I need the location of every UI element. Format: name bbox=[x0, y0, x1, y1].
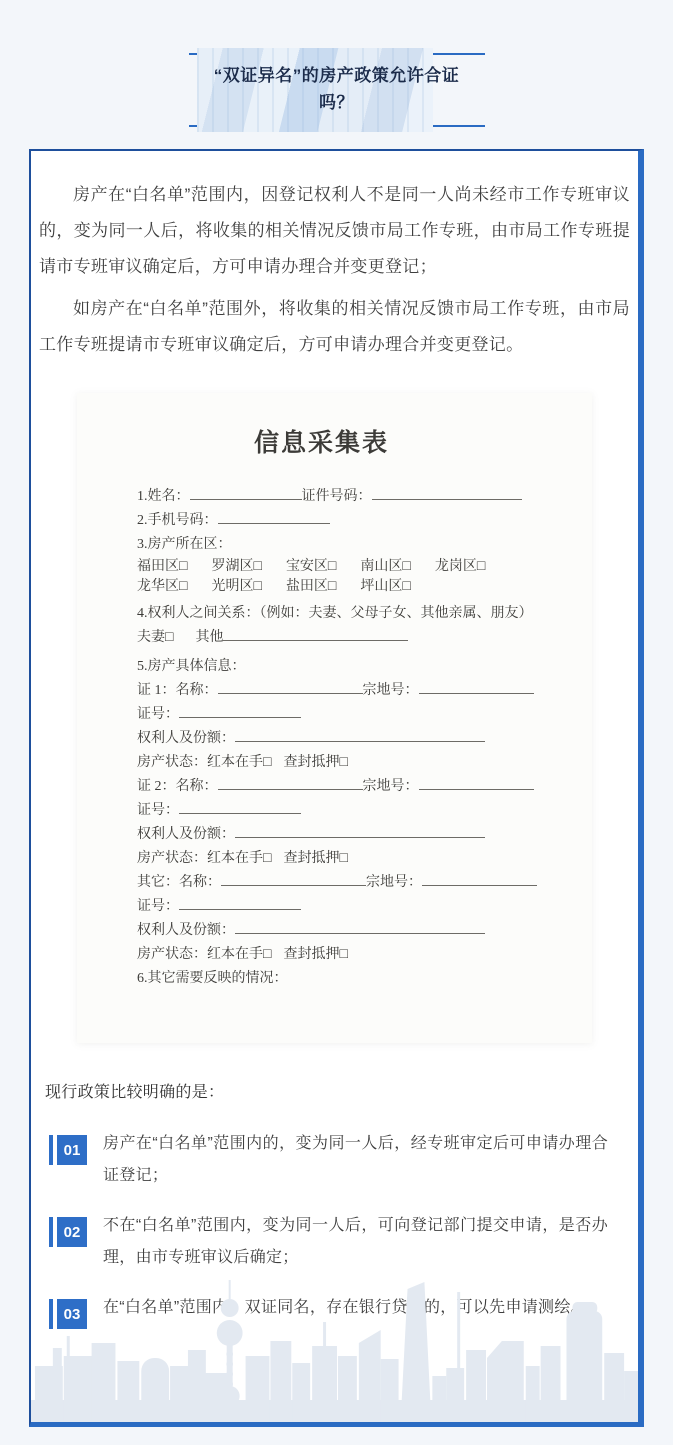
badge-bar bbox=[49, 1217, 53, 1247]
form-district-options-row1: 福田区□ 罗湖区□ 宝安区□ 南山区□ 龙岗区□ bbox=[137, 557, 546, 577]
certno-blank bbox=[179, 896, 301, 910]
article-paragraph-1: 房产在“白名单”范围内，因登记权利人不是同一人尚未经市工作专班审议的，变为同一人… bbox=[39, 177, 630, 285]
form-cert2-row-certno: 证号： bbox=[137, 799, 546, 823]
form-row-detail-label: 5.房产具体信息： bbox=[137, 655, 546, 679]
form-other-option: 其他 bbox=[195, 630, 223, 645]
cert-name-label: 名称： bbox=[176, 683, 218, 698]
holder-label: 权利人及份额： bbox=[137, 827, 235, 842]
parcel-blank bbox=[422, 872, 537, 886]
cert-name-blank bbox=[221, 872, 366, 886]
form-cert2-row-status: 房产状态：红本在手□查封抵押□ bbox=[137, 847, 546, 871]
policy-badge-1: 01 bbox=[49, 1135, 87, 1165]
district-option: 宝安区□ bbox=[286, 557, 336, 577]
form-cert2-row-holder: 权利人及份额： bbox=[137, 823, 546, 847]
certno-label: 证号： bbox=[137, 803, 179, 818]
form-cert2-row-title: 证 2：名称：宗地号： bbox=[137, 775, 546, 799]
holder-blank bbox=[235, 728, 485, 742]
parcel-blank bbox=[419, 680, 534, 694]
form-name-label: 1.姓名： bbox=[137, 489, 190, 504]
certno-label: 证号： bbox=[137, 707, 179, 722]
holder-label: 权利人及份额： bbox=[137, 923, 235, 938]
form-district-options-row2: 龙华区□ 光明区□ 盐田区□ 坪山区□ bbox=[137, 577, 546, 597]
holder-blank bbox=[235, 824, 485, 838]
form-id-label: 证件号码： bbox=[302, 489, 372, 504]
certno-blank bbox=[179, 800, 301, 814]
policy-item-2: 02 不在“白名单”范围内，变为同一人后，可向登记部门提交申请，是否办理，由市专… bbox=[49, 1210, 630, 1274]
article-title-banner: “双证异名”的房产政策允许合证 吗？ bbox=[189, 53, 485, 127]
certno-label: 证号： bbox=[137, 899, 179, 914]
status-red-option: 红本在手□ bbox=[207, 851, 271, 866]
district-option: 龙岗区□ bbox=[435, 557, 485, 577]
form-title: 信息采集表 bbox=[137, 423, 506, 459]
district-option: 罗湖区□ bbox=[211, 557, 261, 577]
form-cert3-row-status: 房产状态：红本在手□查封抵押□ bbox=[137, 943, 546, 967]
form-district-label: 3.房产所在区： bbox=[137, 537, 232, 552]
district-option: 南山区□ bbox=[360, 557, 410, 577]
parcel-label: 宗地号： bbox=[363, 779, 419, 794]
badge-number: 02 bbox=[57, 1217, 87, 1247]
form-row-relation: 4.权利人之间关系：（例如：夫妻、父母子女、其他亲属、朋友） bbox=[137, 602, 546, 626]
form-cert1-row-certno: 证号： bbox=[137, 703, 546, 727]
form-detail-label: 5.房产具体信息： bbox=[137, 659, 246, 674]
form-other-blank bbox=[223, 627, 408, 641]
form-name-blank bbox=[190, 486, 302, 500]
policy-badge-2: 02 bbox=[49, 1217, 87, 1247]
status-red-option: 红本在手□ bbox=[207, 755, 271, 770]
form-phone-blank bbox=[218, 510, 330, 524]
policy-item-1: 01 房产在“白名单”范围内的，变为同一人后，经专班审定后可申请办理合证登记； bbox=[49, 1128, 630, 1192]
article-title-line2: 吗？ bbox=[189, 89, 485, 116]
form-row-relation-options: 夫妻□其他 bbox=[137, 626, 546, 650]
policy-text-1: 房产在“白名单”范围内的，变为同一人后，经专班审定后可申请办理合证登记； bbox=[103, 1128, 608, 1192]
form-relation-label: 4.权利人之间关系：（例如：夫妻、父母子女、其他亲属、朋友） bbox=[137, 606, 533, 621]
district-option: 福田区□ bbox=[137, 557, 187, 577]
cert-prefix: 证 2： bbox=[137, 779, 176, 794]
form-cert3-row-title: 其它：名称：宗地号： bbox=[137, 871, 546, 895]
status-seized-option: 查封抵押□ bbox=[283, 851, 347, 866]
article-paragraph-2: 如房产在“白名单”范围外，将收集的相关情况反馈市局工作专班，由市局工作专班提请市… bbox=[39, 291, 630, 363]
form-row-name: 1.姓名：证件号码： bbox=[137, 485, 546, 509]
cert-name-blank bbox=[218, 776, 363, 790]
form-phone-label: 2.手机号码： bbox=[137, 513, 218, 528]
parcel-label: 宗地号： bbox=[363, 683, 419, 698]
form-cert1-row-status: 房产状态：红本在手□查封抵押□ bbox=[137, 751, 546, 775]
certno-blank bbox=[179, 704, 301, 718]
district-option: 坪山区□ bbox=[360, 577, 410, 597]
district-option: 盐田区□ bbox=[286, 577, 336, 597]
policy-text-2: 不在“白名单”范围内，变为同一人后，可向登记部门提交申请，是否办理，由市专班审议… bbox=[103, 1210, 608, 1274]
article-title-line1: “双证异名”的房产政策允许合证 bbox=[189, 62, 485, 89]
status-red-option: 红本在手□ bbox=[207, 947, 271, 962]
status-label: 房产状态： bbox=[137, 947, 207, 962]
form-spouse-option: 夫妻□ bbox=[137, 630, 173, 645]
status-seized-option: 查封抵押□ bbox=[283, 755, 347, 770]
district-option: 光明区□ bbox=[211, 577, 261, 597]
form-row-phone: 2.手机号码： bbox=[137, 509, 546, 533]
district-option: 龙华区□ bbox=[137, 577, 187, 597]
info-collection-form-image[interactable]: 信息采集表 1.姓名：证件号码： 2.手机号码： 3.房产所在区： 福田区□ 罗… bbox=[77, 393, 592, 1043]
status-label: 房产状态： bbox=[137, 755, 207, 770]
holder-blank bbox=[235, 920, 485, 934]
cert-name-blank bbox=[218, 680, 363, 694]
article-card: 房产在“白名单”范围内，因登记权利人不是同一人尚未经市工作专班审议的，变为同一人… bbox=[29, 149, 644, 1427]
status-seized-option: 查封抵押□ bbox=[283, 947, 347, 962]
city-skyline-graphic bbox=[31, 1280, 638, 1422]
cert-prefix: 其它： bbox=[137, 875, 179, 890]
status-label: 房产状态： bbox=[137, 851, 207, 866]
form-remarks-label: 6.其它需要反映的情况： bbox=[137, 971, 288, 986]
badge-bar bbox=[49, 1135, 53, 1165]
policy-intro: 现行政策比较明确的是： bbox=[45, 1079, 630, 1102]
form-cert3-row-certno: 证号： bbox=[137, 895, 546, 919]
form-row-district-label: 3.房产所在区： bbox=[137, 533, 546, 557]
cert-prefix: 证 1： bbox=[137, 683, 176, 698]
parcel-blank bbox=[419, 776, 534, 790]
form-cert1-row-holder: 权利人及份额： bbox=[137, 727, 546, 751]
cert-name-label: 名称： bbox=[179, 875, 221, 890]
holder-label: 权利人及份额： bbox=[137, 731, 235, 746]
form-cert3-row-holder: 权利人及份额： bbox=[137, 919, 546, 943]
parcel-label: 宗地号： bbox=[366, 875, 422, 890]
badge-number: 01 bbox=[57, 1135, 87, 1165]
form-cert1-row-title: 证 1：名称：宗地号： bbox=[137, 679, 546, 703]
cert-name-label: 名称： bbox=[176, 779, 218, 794]
form-row-remarks: 6.其它需要反映的情况： bbox=[137, 967, 546, 991]
form-id-blank bbox=[372, 486, 522, 500]
